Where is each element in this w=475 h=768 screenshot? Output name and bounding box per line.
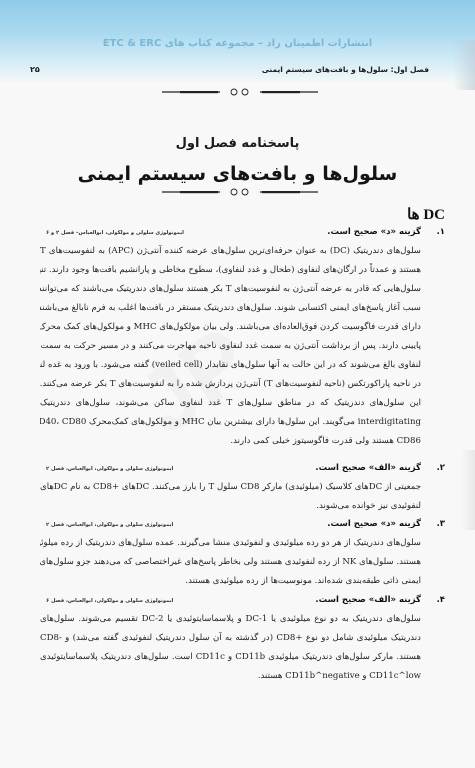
body-line: سلول‌های دندریتیک از هر دو رده میلوئیدی … [40,534,421,553]
publisher-banner: انتشارات اطمینان راد – مجموعه کتاب های E… [0,38,475,49]
item-source: ایمونولوژی سلولی و مولکولی، ابوالعباس، ف… [46,466,173,472]
body-line: هستند و عمدتاً در ارگان‌های لنفاوی (طحال… [40,261,421,280]
answer-item-1: ۱. گزینه «د» صحیح است. ایمونولوژی سلولی … [40,227,445,451]
body-line: ایمنی ذاتی طبقه‌بندی شده‌اند. مونوسیت‌ها… [40,572,421,591]
page-edge-shadow [461,450,475,530]
body-line: سلول‌های دندریتیک به دو نوع میلوئیدی یا … [40,610,421,629]
item-answer: گزینه «الف» صحیح است. [315,595,421,605]
body-line: سلول‌هایی که قادر به عرضه آنتی‌ژن به لنف… [40,280,421,299]
ornament-icon [160,88,320,96]
item-number: ۱. [427,227,445,237]
body-line: CD11c^low و CD11b^negative هستند. [40,667,421,686]
item-source: ایمونولوژی سلولی و مولکولی، ابوالعباس، ف… [46,522,173,528]
item-source: ایمونولوژی سلولی و مولکولی، ابوالعباس– ف… [46,230,184,236]
body-line: این سلول‌های دندریتیک که در مناطق سلول‌ه… [40,394,421,413]
item-body: جمعیتی از DCهای کلاسیک (میلوئیدی) مارکر … [40,478,421,516]
body-line: سبب آغاز پاسخ‌های ایمنی اکتسابی شوند. سل… [40,299,421,318]
answer-item-4: ۴. گزینه «الف» صحیح است. ایمونولوژی سلول… [40,595,445,686]
body-line: هستند. مارکر سلول‌های دندریتیک میلوئیدی … [40,648,421,667]
item-body: سلول‌های دندریتیک از هر دو رده میلوئیدی … [40,534,421,591]
ornament-icon [160,188,320,196]
body-line: سلول‌های دندریتیک (DC) به عنوان حرفه‌ای‌… [40,242,421,261]
chapter-title: سلول‌ها و بافت‌های سیستم ایمنی [0,163,475,185]
item-answer: گزینه «د» صحیح است. [327,519,421,529]
item-number: ۲. [427,463,445,473]
section-heading: DC ها [407,205,445,224]
item-number: ۴. [427,595,445,605]
answers-title: پاسخنامه فصل اول [0,136,475,151]
body-line: هستند. سلول‌های NK از رده لنفوئیدی هستند… [40,553,421,572]
body-line: لنفاوی بالغ می‌شوند که در این حالت به آن… [40,356,421,375]
body-line: دارای قدرت فاگوسیت کردن فوق‌العاده‌ای می… [40,318,421,337]
body-line: دندریتیک میلوئیدی شامل دو نوع +CD8 (در گ… [40,629,421,648]
body-line: interdigitating می‌گویند. این سلول‌ها دا… [40,413,421,432]
answer-item-2: ۲. گزینه «الف» صحیح است. ایمونولوژی سلول… [40,463,445,516]
body-line: CD86 هستند ولی قدرت فاگوسیتوز خیلی کمی د… [40,432,421,451]
item-answer: گزینه «الف» صحیح است. [315,463,421,473]
top-ornament-divider [160,88,320,96]
answer-item-header: ۳. گزینه «د» صحیح است. ایمونولوژی سلولی … [40,519,445,534]
item-number: ۳. [427,519,445,529]
title-ornament-divider [160,188,320,196]
answer-item-header: ۲. گزینه «الف» صحیح است. ایمونولوژی سلول… [40,463,445,478]
answer-item-header: ۴. گزینه «الف» صحیح است. ایمونولوژی سلول… [40,595,445,610]
page-number: ۲۵ [30,65,40,74]
item-body: سلول‌های دندریتیک به دو نوع میلوئیدی یا … [40,610,421,686]
body-line: جمعیتی از DCهای کلاسیک (میلوئیدی) مارکر … [40,478,421,497]
item-answer: گزینه «د» صحیح است. [327,227,421,237]
answer-item-3: ۳. گزینه «د» صحیح است. ایمونولوژی سلولی … [40,519,445,591]
body-line: لنفوئیدی نیز خوانده می‌شوند. [40,497,421,516]
body-line: در ناحیه پاراکورتکس (ناحیه لنفوسیت‌های T… [40,375,421,394]
body-line: پایینی دارند. پس از برداشت آنتی‌ژن به سم… [40,337,421,356]
answer-item-header: ۱. گزینه «د» صحیح است. ایمونولوژی سلولی … [40,227,445,242]
running-head: فصل اول: سلول‌ها و بافت‌های سیستم ایمنی [262,65,429,74]
item-source: ایمونولوژی سلولی و مولکولی، ابوالعباس، ف… [46,598,173,604]
item-body: سلول‌های دندریتیک (DC) به عنوان حرفه‌ای‌… [40,242,421,451]
